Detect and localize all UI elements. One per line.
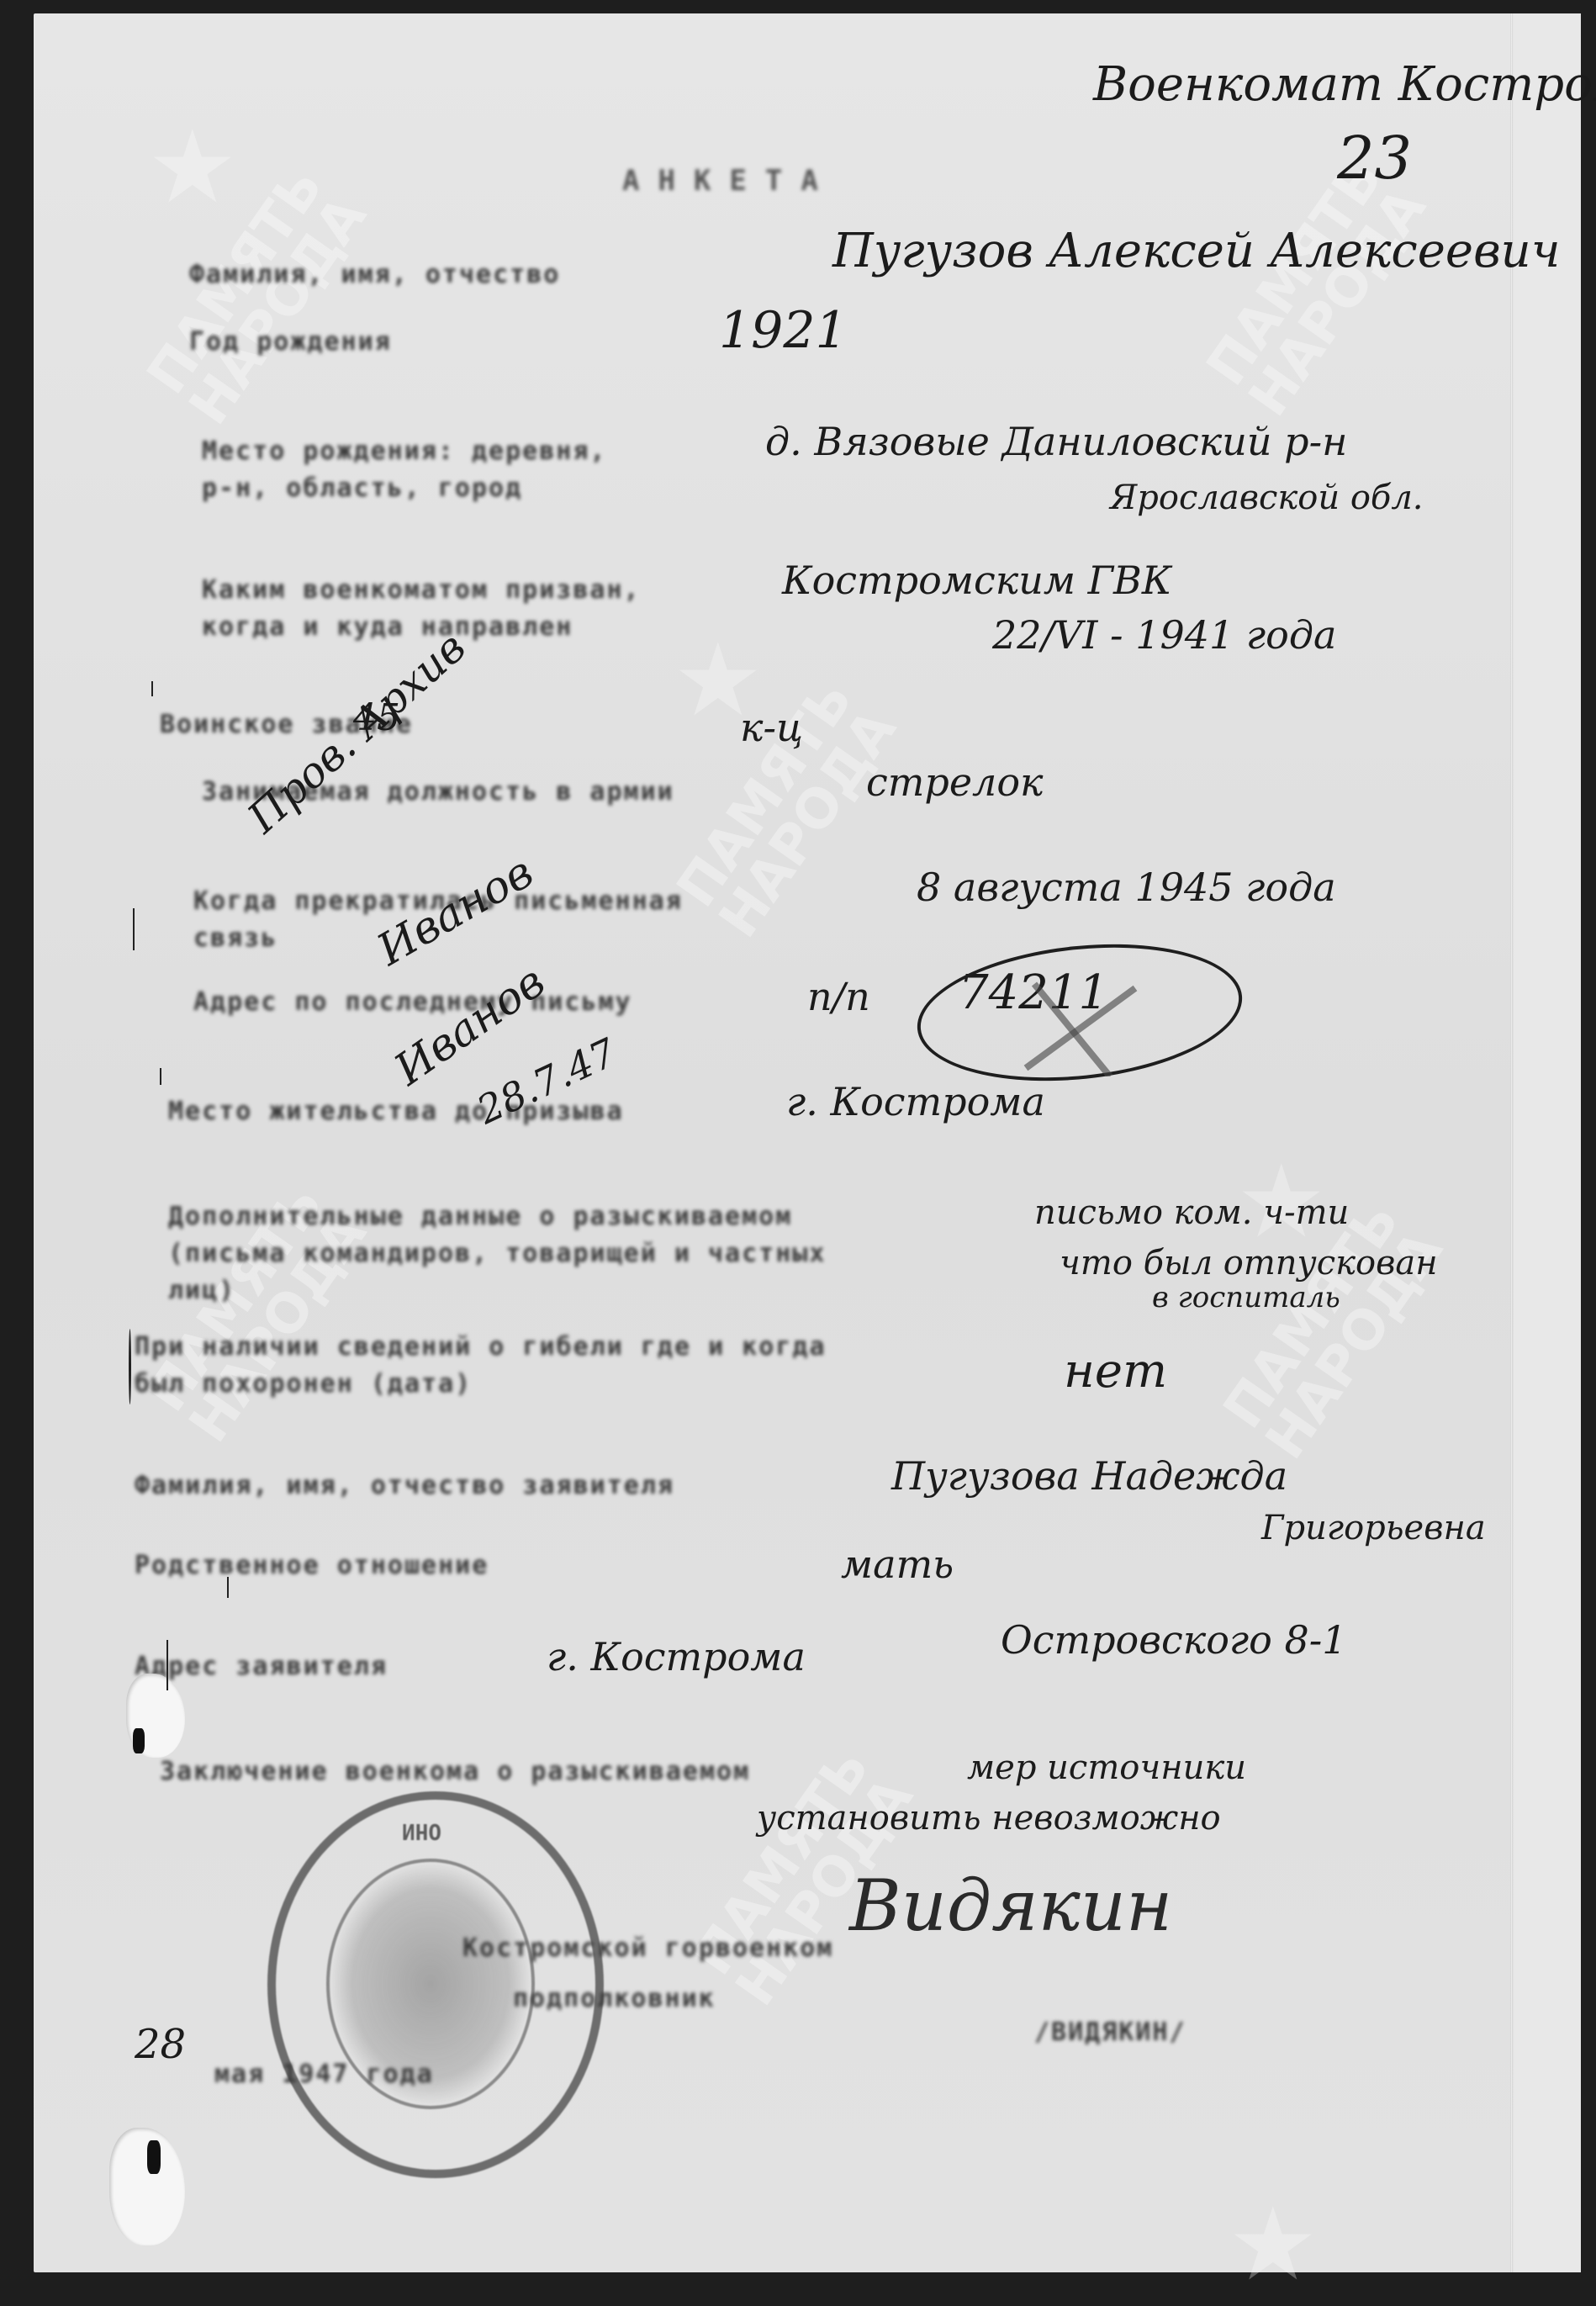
value-additional-line2: что был отпускован <box>1060 1245 1438 1282</box>
paper-hole <box>133 1728 145 1753</box>
signature-title: Костромской горвоенком <box>462 1930 833 1967</box>
value-address-prefix: п/п <box>807 976 870 1018</box>
value-additional-line3: в госпиталь <box>1152 1283 1340 1314</box>
document-title: АНКЕТА <box>622 164 837 198</box>
paper-crack <box>129 1329 131 1404</box>
label-conscription: Каким военкоматом призван, когда и куда … <box>202 572 641 646</box>
value-birth-year: 1921 <box>719 303 848 358</box>
value-full-name: Пугузов Алексей Алексеевич <box>832 225 1561 278</box>
stamp-top-text: ОНИ <box>402 1818 441 1843</box>
signature-rank: подполковник <box>513 1981 716 2018</box>
value-conscription-line1: Костромским ГВК <box>782 559 1171 602</box>
label-birthplace: Место рождения: деревня, р-н, область, г… <box>202 433 606 507</box>
value-conclusion-line2: установить невозможно <box>757 1800 1221 1837</box>
paper-crack <box>166 1640 168 1690</box>
label-last-address: Адрес по последнему письму <box>193 984 632 1021</box>
date-text: мая 1947 года <box>214 2056 434 2093</box>
value-residence: г. Кострома <box>786 1081 1045 1124</box>
value-applicant-address-city: г. Кострома <box>547 1636 806 1679</box>
label-full-name: Фамилия, имя, отчество <box>189 257 560 294</box>
corner-note: Военкомат Костромской 1923 <box>1093 59 1596 111</box>
value-death-info: нет <box>1064 1346 1167 1398</box>
value-birthplace-line2: Ярославской обл. <box>1110 479 1424 516</box>
signature-name-typed: /ВИДЯКИН/ <box>1034 2014 1186 2051</box>
value-applicant-line1: Пугузова Надежда <box>891 1455 1287 1498</box>
value-applicant-address: Островского 8-1 <box>1001 1619 1347 1662</box>
label-birth-year: Год рождения <box>189 324 392 361</box>
paper-crack <box>151 681 153 696</box>
page-fold-strip <box>1514 13 1581 2272</box>
paper-hole <box>147 2140 161 2174</box>
label-additional-info: Дополнительные данные о разыскиваемом (п… <box>168 1198 826 1309</box>
value-conscription-line2: 22/VI - 1941 года <box>992 614 1336 657</box>
value-relationship: мать <box>841 1543 954 1586</box>
label-relationship: Родственное отношение <box>135 1547 489 1584</box>
value-additional-line1: письмо ком. ч-ти <box>1034 1194 1349 1231</box>
value-birthplace-line1: д. Вязовые Даниловский р-н <box>765 420 1347 463</box>
value-last-contact: 8 августа 1945 года <box>917 866 1336 909</box>
label-conclusion: Заключение военкома о разыскиваемом <box>160 1753 750 1790</box>
value-conclusion-line1: мер источники <box>967 1749 1246 1786</box>
label-applicant-name: Фамилия, имя, отчество заявителя <box>135 1468 674 1505</box>
signature: Видякин <box>849 1867 1172 1944</box>
paper-crack <box>160 1068 161 1085</box>
value-applicant-line2: Григорьевна <box>1261 1510 1486 1547</box>
corner-number: 23 <box>1337 126 1412 191</box>
date-day: 28 <box>135 2023 186 2067</box>
label-applicant-address: Адрес заявителя <box>135 1648 388 1685</box>
paper-crack <box>133 908 135 950</box>
label-death-info: При наличии сведений о гибели где и когд… <box>135 1329 827 1403</box>
fold-line <box>1510 13 1513 2272</box>
value-rank: к-ц <box>740 706 803 749</box>
paper-crack <box>227 1577 229 1598</box>
value-position: стрелок <box>866 761 1044 804</box>
